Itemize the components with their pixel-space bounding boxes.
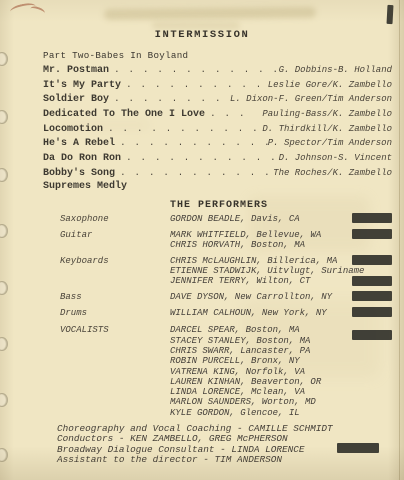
punch-hole-mark	[0, 224, 8, 238]
song-credit: P. Spector/Tim Anderson	[268, 138, 392, 148]
performer-names: GORDON BEADLE, Davis, CA	[170, 214, 300, 224]
performer-group: Bass DAVE DYSON, New Carrollton, NY	[60, 292, 404, 302]
song-row: Dedicated To The One I Love . . . Paulin…	[43, 108, 392, 123]
credit-line: Assistant to the director - TIM ANDERSON	[57, 455, 333, 465]
song-title: He's A Rebel	[43, 138, 115, 149]
song-credit: D. Johnson-S. Vincent	[279, 153, 392, 163]
performer-name: CHRIS SWARR, Lancaster, PA	[170, 346, 321, 356]
performer-name: JENNIFER TERRY, Wilton, CT	[170, 276, 364, 286]
performer-role: Drums	[60, 308, 170, 318]
dot-leader: . . . . . . . . . . . . .	[115, 137, 268, 148]
punch-hole-mark	[0, 393, 8, 407]
song-credit: The Roches/K. Zambello	[273, 168, 392, 178]
song-title: Soldier Boy	[43, 94, 109, 105]
song-row: He's A Rebel . . . . . . . . . . . . . P…	[43, 137, 392, 152]
performer-name: CHRIS McLAUGHLIN, Billerica, MA	[170, 256, 364, 266]
song-row: It's My Party . . . . . . . . . . . Lesl…	[43, 79, 392, 94]
performer-names: WILLIAM CALHOUN, New York, NY	[170, 308, 327, 318]
performer-role: VOCALISTS	[60, 325, 170, 418]
performer-role: Guitar	[60, 230, 170, 251]
program-page: INTERMISSION Part Two-Babes In Boyland M…	[0, 0, 404, 480]
performer-role: Keyboards	[60, 256, 170, 287]
punch-hole-mark	[0, 52, 8, 66]
performer-names: DAVE DYSON, New Carrollton, NY	[170, 292, 332, 302]
song-row: Da Do Ron Ron . . . . . . . . . . . . D.…	[43, 152, 392, 167]
song-title: It's My Party	[43, 80, 121, 91]
song-row: Bobby's Song . . . . . . . . . . . . The…	[43, 167, 392, 182]
bleed-through-smudge	[104, 7, 316, 20]
performer-group: Drums WILLIAM CALHOUN, New York, NY	[60, 308, 404, 318]
performer-group: Keyboards CHRIS McLAUGHLIN, Billerica, M…	[60, 256, 404, 287]
song-credit: D. Thirdkill/K. Zambello	[262, 124, 392, 134]
dot-leader: . . . . . . . . . . . .	[121, 152, 279, 163]
song-list: Mr. Postman . . . . . . . . . . . . . . …	[43, 64, 392, 196]
performer-name: DAVE DYSON, New Carrollton, NY	[170, 292, 332, 302]
dot-leader: . . . . . . . . . . . . . .	[109, 64, 279, 75]
performer-name: DARCEL SPEAR, Boston, MA	[170, 325, 321, 335]
performer-name: STACEY STANLEY, Boston, MA	[170, 336, 321, 346]
performer-name: KYLE GORDON, Glencoe, IL	[170, 408, 321, 418]
performer-name: WILLIAM CALHOUN, New York, NY	[170, 308, 327, 318]
song-title: Supremes Medly	[43, 181, 127, 192]
performer-name: VATRENA KING, Norfolk, VA	[170, 367, 321, 377]
song-title: Bobby's Song	[43, 168, 115, 179]
song-row: Locomotion . . . . . . . . . . . . D. Th…	[43, 123, 392, 138]
performer-role: Bass	[60, 292, 170, 302]
redaction-mark	[337, 443, 379, 453]
punch-hole-mark	[0, 281, 8, 295]
song-row: Supremes Medly	[43, 181, 392, 196]
song-credit: L. Dixon-F. Green/Tim Anderson	[230, 94, 392, 104]
performer-group: Saxophone GORDON BEADLE, Davis, CA	[60, 214, 404, 224]
performer-names: DARCEL SPEAR, Boston, MA STACEY STANLEY,…	[170, 325, 321, 418]
section-title: INTERMISSION	[0, 29, 404, 41]
song-row: Mr. Postman . . . . . . . . . . . . . . …	[43, 64, 392, 79]
punch-hole-mark	[0, 337, 8, 351]
performer-name: ETIENNE STADWIJK, Uitvlugt, Suriname	[170, 266, 364, 276]
pen-mark	[29, 5, 46, 17]
performer-name: LINDA LORENCE, Mclean, VA	[170, 387, 321, 397]
performer-name: CHRIS HORVATH, Boston, MA	[170, 240, 321, 250]
song-row: Soldier Boy . . . . . . . . . . L. Dixon…	[43, 93, 392, 108]
performer-names: MARK WHITFIELD, Bellevue, WA CHRIS HORVA…	[170, 230, 321, 251]
dot-leader: . . . . . . . . . .	[109, 93, 230, 104]
performer-group-vocalists: VOCALISTS DARCEL SPEAR, Boston, MA STACE…	[60, 325, 404, 418]
punch-hole-mark	[0, 110, 8, 124]
dot-leader: . . .	[205, 108, 262, 119]
song-credit: G. Dobbins-B. Holland	[279, 65, 392, 75]
performer-name: GORDON BEADLE, Davis, CA	[170, 214, 300, 224]
dot-leader: . . . . . . . . . . . .	[115, 167, 273, 178]
punch-hole-mark	[0, 168, 8, 182]
song-title: Dedicated To The One I Love	[43, 109, 205, 120]
bleed-through-smudge	[152, 22, 240, 29]
dot-leader: . . . . . . . . . . . .	[103, 123, 262, 134]
song-credit: Leslie Gore/K. Zambello	[268, 80, 392, 90]
redaction-mark	[387, 5, 394, 24]
performers-heading: THE PERFORMERS	[170, 200, 268, 211]
performer-name: ROBIN PURCELL, Bronx, NY	[170, 356, 321, 366]
performer-group: Guitar MARK WHITFIELD, Bellevue, WA CHRI…	[60, 230, 404, 251]
song-title: Mr. Postman	[43, 65, 109, 76]
production-credits: Choreography and Vocal Coaching - CAMILL…	[57, 424, 333, 465]
song-credit: Pauling-Bass/K. Zambello	[262, 109, 392, 119]
song-title: Da Do Ron Ron	[43, 153, 121, 164]
dot-leader: . . . . . . . . . . .	[121, 79, 268, 90]
performer-role: Saxophone	[60, 214, 170, 224]
song-title: Locomotion	[43, 124, 103, 135]
performer-name: MARK WHITFIELD, Bellevue, WA	[170, 230, 321, 240]
performer-name: MARLON SAUNDERS, Worton, MD	[170, 397, 321, 407]
part-heading: Part Two-Babes In Boyland	[43, 50, 188, 61]
performer-name: LAUREN KINHAN, Beaverton, OR	[170, 377, 321, 387]
performer-names: CHRIS McLAUGHLIN, Billerica, MA ETIENNE …	[170, 256, 364, 287]
punch-hole-mark	[0, 448, 8, 462]
performers-table: Saxophone GORDON BEADLE, Davis, CA Guita…	[60, 214, 404, 424]
